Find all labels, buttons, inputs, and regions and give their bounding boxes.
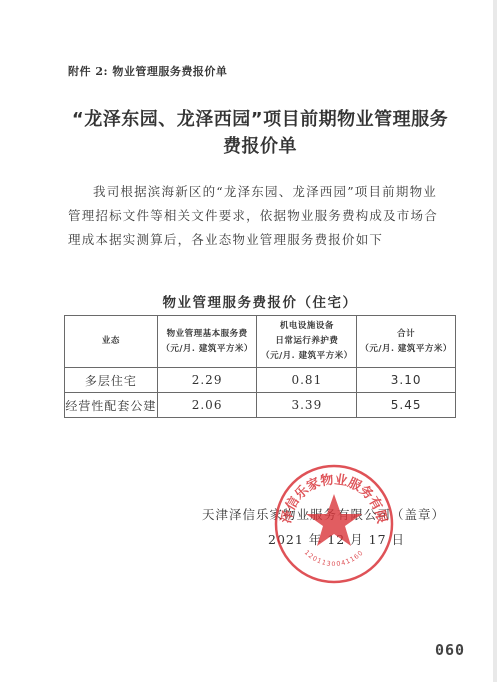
header-maintenance-fee-label-1: 机电设施设备 [257,319,356,334]
header-maintenance-fee-unit: （元/月. 建筑平方米） [257,349,356,364]
table-header-row: 业态 物业管理基本服务费 （元/月. 建筑平方米） 机电设施设备 日常运行养护费… [65,316,456,368]
header-total-unit: （元/月. 建筑平方米） [357,342,455,357]
cell-basic-fee: 2.29 [157,368,257,393]
cell-total: 5.45 [357,393,456,418]
page-edge-shadow [493,0,497,682]
cell-maintenance-fee: 3.39 [257,393,357,418]
cell-basic-fee: 2.06 [157,393,257,418]
header-type: 业态 [65,316,158,368]
title-line-2: 费报价单 [60,133,460,160]
attachment-label: 附件 2: 物业管理服务费报价单 [68,63,227,79]
header-basic-fee-unit: （元/月. 建筑平方米） [158,342,257,357]
company-seal-stamp-icon: 天津泽信乐家物业服务有限公司 1201130041160 [272,462,396,586]
cell-total: 3.10 [357,368,456,393]
header-maintenance-fee: 机电设施设备 日常运行养护费 （元/月. 建筑平方米） [257,316,357,368]
intro-paragraph: 我司根据滨海新区的“龙泽东园、龙泽西园”项目前期物业管理招标文件等相关文件要求，… [68,180,450,252]
header-basic-fee-label: 物业管理基本服务费 [158,327,257,342]
header-basic-fee: 物业管理基本服务费 （元/月. 建筑平方米） [157,316,257,368]
cell-type: 多层住宅 [65,368,158,393]
title-line-1: “龙泽东园、龙泽西园”项目前期物业管理服务 [60,106,460,133]
document-title: “龙泽东园、龙泽西园”项目前期物业管理服务 费报价单 [60,106,460,160]
cell-type: 经营性配套公建 [65,393,158,418]
header-total: 合计 （元/月. 建筑平方米） [357,316,456,368]
page-number: 060 [435,641,465,659]
svg-text:1201130041160: 1201130041160 [303,548,365,568]
cell-maintenance-fee: 0.81 [257,368,357,393]
table-row: 多层住宅 2.29 0.81 3.10 [65,368,456,393]
header-type-label: 业态 [65,334,157,349]
table-title: 物业管理服务费报价（住宅） [60,291,460,311]
fee-table: 业态 物业管理基本服务费 （元/月. 建筑平方米） 机电设施设备 日常运行养护费… [64,315,456,418]
header-maintenance-fee-label-2: 日常运行养护费 [257,334,356,349]
header-total-label: 合计 [357,327,455,342]
table-row: 经营性配套公建 2.06 3.39 5.45 [65,393,456,418]
